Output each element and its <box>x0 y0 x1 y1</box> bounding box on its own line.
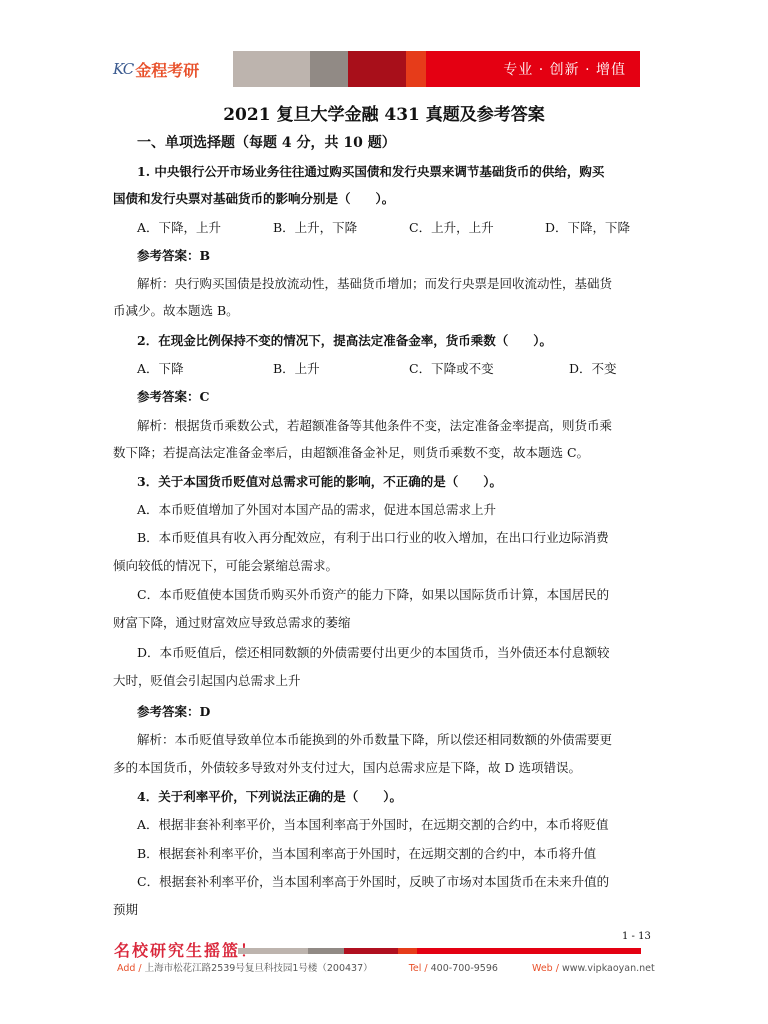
question-4-option-c-line-2: 预期 <box>113 900 653 918</box>
page-header-banner: KC 金程考研 专业 · 创新 · 增值 <box>113 51 640 87</box>
question-1-analysis-line-1: 解析：央行购买国债是投放流动性，基础货币增加；而发行央票是回收流动性，基础货 <box>113 274 677 292</box>
question-1-analysis-line-2: 币减少。故本题选 B。 <box>113 301 653 319</box>
page-number: 1 - 13 <box>622 931 651 942</box>
option-a: A．下降 <box>137 359 273 377</box>
question-1-answer: 参考答案：B <box>113 246 677 264</box>
question-3-stem: 3．关于本国货币贬值对总需求可能的影响，不正确的是（ ）。 <box>113 472 677 490</box>
section-heading: 一、单项选择题（每题 4 分，共 10 题） <box>137 132 677 152</box>
logo-text: 金程考研 <box>135 58 199 81</box>
question-3-option-b-line-2: 倾向较低的情况下，可能会紧缩总需求。 <box>113 556 653 574</box>
question-3-option-a: A．本币贬值增加了外国对本国产品的需求，促进本国总需求上升 <box>113 500 677 518</box>
question-4-option-c-line-1: C．根据套补利率平价，当本国利率高于外国时，反映了市场对本国货币在未来升值的 <box>113 872 677 890</box>
question-4-option-b: B．根据套补利率平价，当本国利率高于外国时，在远期交割的合约中，本币将升值 <box>113 844 677 862</box>
tel-label: Tel / <box>409 963 428 974</box>
option-c: C．下降或不变 <box>409 359 569 377</box>
brand-logo: KC 金程考研 <box>113 51 233 87</box>
question-4-stem: 4．关于利率平价，下列说法正确的是（ ）。 <box>113 787 677 805</box>
question-1-options: A．下降，上升 B．上升，下降 C．上升，上升 D．下降，下降 <box>113 218 677 236</box>
question-3-option-b-line-1: B．本币贬值具有收入再分配效应，有利于出口行业的收入增加，在出口行业边际消费 <box>113 528 677 546</box>
question-3-option-c-line-2: 财富下降，通过财富效应导致总需求的萎缩 <box>113 613 653 631</box>
web-link[interactable]: www.vipkaoyan.net <box>559 963 655 974</box>
question-3-analysis-line-2: 多的本国货币，外债较多导致对外支付过大，国内总需求应是下降，故 D 选项错误。 <box>113 758 653 776</box>
banner-stripe <box>310 51 348 87</box>
option-a: A．下降，上升 <box>137 218 273 236</box>
option-d: D．不变 <box>569 359 617 377</box>
question-2-answer: 参考答案：C <box>113 387 677 405</box>
option-b: B．上升，下降 <box>273 218 409 236</box>
logo-mark-icon: KC <box>113 60 133 78</box>
option-c: C．上升，上升 <box>409 218 545 236</box>
tel-text: 400-700-9596 <box>428 963 498 974</box>
question-3-answer: 参考答案：D <box>113 702 677 720</box>
address-text: 上海市松花江路2539号复旦科技园1号楼（200437） <box>142 963 373 974</box>
question-3-analysis-line-1: 解析：本币贬值导致单位本币能换到的外币数量下降，所以偿还相同数额的外债需要更 <box>113 730 677 748</box>
question-4-option-a: A．根据非套补利率平价，当本国利率高于外国时，在远期交割的合约中，本币将贬值 <box>113 815 677 833</box>
footer-contact-info: Add / 上海市松花江路2539号复旦科技园1号楼（200437） Tel /… <box>117 960 655 974</box>
question-2-stem: 2．在现金比例保持不变的情况下，提高法定准备金率，货币乘数（ ）。 <box>113 331 677 349</box>
footer-slogan: 名校研究生摇篮！ <box>114 938 258 961</box>
question-2-options: A．下降 B．上升 C．下降或不变 D．不变 <box>113 359 677 377</box>
option-d: D．下降，下降 <box>545 218 630 236</box>
banner-slogan-block: 专业 · 创新 · 增值 <box>426 51 640 87</box>
banner-stripe <box>406 51 426 87</box>
question-1-stem-line-1: 1. 中央银行公开市场业务往往通过购买国债和发行央票来调节基础货币的供给，购买 <box>113 162 677 180</box>
footer-stripe-bar <box>238 948 641 954</box>
header-slogan: 专业 · 创新 · 增值 <box>503 59 626 79</box>
question-1-stem-line-2: 国债和发行央票对基础货币的影响分别是（ ）。 <box>113 189 653 207</box>
document-title: 2021 复旦大学金融 431 真题及参考答案 <box>0 100 768 125</box>
web-label: Web / <box>532 963 559 974</box>
address-label: Add / <box>117 963 142 974</box>
banner-stripe <box>348 51 406 87</box>
question-3-option-d-line-1: D．本币贬值后，偿还相同数额的外债需要付出更少的本国货币，当外债还本付息额较 <box>113 643 677 661</box>
question-2-analysis-line-2: 数下降；若提高法定准备金率后，由超额准备金补足，则货币乘数不变，故本题选 C。 <box>113 443 653 461</box>
question-3-option-c-line-1: C．本币贬值使本国货币购买外币资产的能力下降，如果以国际货币计算，本国居民的 <box>113 585 677 603</box>
banner-stripe <box>233 51 310 87</box>
question-3-option-d-line-2: 大时，贬值会引起国内总需求上升 <box>113 671 653 689</box>
option-b: B．上升 <box>273 359 409 377</box>
question-2-analysis-line-1: 解析：根据货币乘数公式，若超额准备等其他条件不变，法定准备金率提高，则货币乘 <box>113 416 677 434</box>
